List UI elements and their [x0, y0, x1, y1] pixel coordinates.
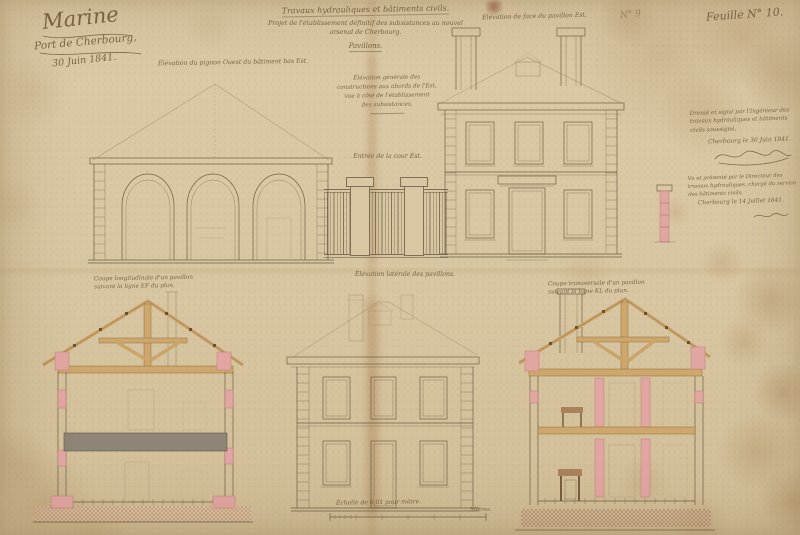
drawing-sheet: Marine Port de Cherbourg, 30 Juin 1841. …: [0, 0, 800, 535]
sheet-stamp: N° 9: [620, 9, 642, 21]
label-gate: Entrée de la cour Est.: [330, 153, 445, 160]
header-line1: Travaux hydrauliques et bâtiments civils…: [253, 3, 478, 16]
gate-ground-line: [324, 257, 448, 258]
label-east-pavilion: Élévation de face du pavillon Est.: [452, 11, 617, 22]
label-cross-section: Coupe transversale d'un pavillon suivant…: [548, 278, 718, 298]
signature-flourish-1: [712, 146, 794, 168]
approval-note-1-date: Cherbourg le 30 Juin 1841.: [708, 136, 791, 146]
approval-note-1: Dressé et signé par l'Ingénieur des trav…: [690, 106, 800, 135]
gate-top-rail: [324, 189, 448, 190]
gate-bottom-rail: [324, 254, 448, 255]
signature-flourish-2: [752, 210, 790, 222]
sheet-number: Feuille N° 10.: [706, 5, 784, 23]
scale-label: Échelle de 0,01 pour mètre.: [336, 498, 421, 506]
east-pavilion-elevation: [436, 24, 626, 266]
label-side-elevation: Élévation latérale des pavillons.: [330, 271, 480, 278]
gate-pier-left: [350, 184, 370, 256]
gate-pier-left-cap: [346, 177, 374, 187]
header-line3: arsenal de Cherbourg.: [248, 29, 483, 36]
masonry-detail-bar: [652, 182, 676, 248]
approval-note-2: Vu et présenté par le Directeur des trav…: [688, 172, 800, 200]
side-elevation: [285, 293, 485, 525]
west-gable-elevation: [86, 68, 336, 266]
transverse-section: [505, 287, 720, 535]
paragraph-underline: [370, 113, 404, 115]
label-west-gable: Élévation du pignon Ouest du bâtiment ba…: [158, 58, 308, 68]
label-long-section: Coupe longitudinale d'un pavillon suivan…: [94, 273, 254, 293]
courtyard-gate-elevation: [324, 170, 448, 266]
general-note-paragraph: Élévation générale des constructions aux…: [326, 73, 449, 115]
gate-pier-right-cap: [400, 177, 428, 187]
scale-unit-label: Mètres.: [470, 507, 492, 513]
gate-pier-right: [404, 184, 424, 256]
gate-second-rail: [324, 192, 448, 193]
header-line2: Projet de l'établissement définitif des …: [248, 20, 483, 27]
longitudinal-section: [33, 290, 253, 525]
gate-railing-bars: [324, 192, 448, 254]
header-line4: Pavillons.: [248, 42, 483, 50]
